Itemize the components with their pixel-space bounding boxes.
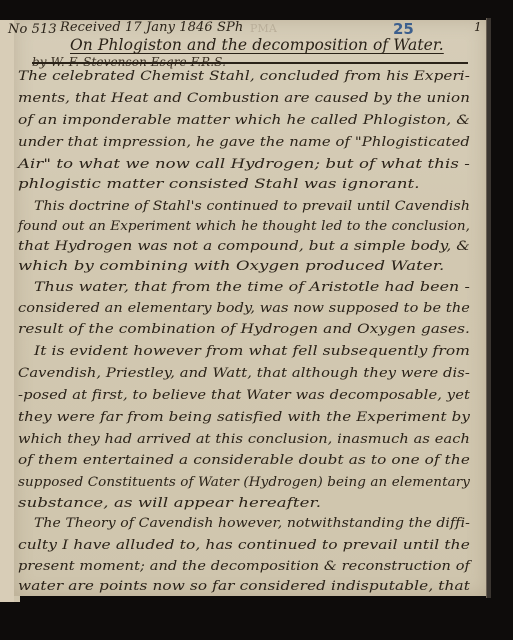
text-line: It is evident however from what fell sub… <box>34 345 470 358</box>
text-line: The Theory of Cavendish however, notwith… <box>34 517 470 530</box>
folio-number-corner: 1 <box>474 20 482 34</box>
text-line: of an imponderable matter which he calle… <box>18 114 470 127</box>
text-line: Air" to what we now call Hydrogen; but o… <box>18 158 470 171</box>
text-line: culty I have alluded to, has continued t… <box>18 539 470 552</box>
text-line: water are points now so far considered i… <box>18 580 470 593</box>
text-line: supposed Constituents of Water (Hydrogen… <box>18 476 470 489</box>
received-note: Received 17 Jany 1846 SPh <box>60 20 243 35</box>
text-line: found out an Experiment which he thought… <box>18 220 470 233</box>
text-line: which they had arrived at this conclusio… <box>18 433 470 446</box>
text-line: Thus water, that from the time of Aristo… <box>34 281 470 294</box>
faint-stamp: PMA <box>250 22 277 35</box>
text-line: that Hydrogen was not a compound, but a … <box>18 240 470 253</box>
text-line: ments, that Heat and Combustion are caus… <box>18 92 470 105</box>
text-line: The celebrated Chemist Stahl, concluded … <box>18 70 470 83</box>
text-line: they were far from being satisfied with … <box>18 411 470 424</box>
text-line: -posed at first, to believe that Water w… <box>18 389 470 402</box>
text-line: under that impression, he gave the name … <box>18 136 470 149</box>
text-line: considered an elementary body, was now s… <box>18 302 470 315</box>
text-line: phlogistic matter consisted Stahl was ig… <box>18 178 420 191</box>
page-corner <box>14 596 20 602</box>
catalog-number: No 513 <box>8 22 57 37</box>
text-line: present moment; and the decomposition & … <box>18 560 470 573</box>
text-line: This doctrine of Stahl's continued to pr… <box>34 200 470 213</box>
strike-through-line <box>32 62 468 64</box>
text-line: substance, as will appear hereafter. <box>18 497 321 510</box>
text-line: of them entertained a considerable doubt… <box>18 454 470 467</box>
page-right-border <box>486 18 491 598</box>
text-line: Cavendish, Priestley, and Watt, that alt… <box>18 367 470 380</box>
manuscript-title: On Phlogiston and the decomposition of W… <box>70 36 444 54</box>
facing-page-edge <box>0 20 15 602</box>
text-line: which by combining with Oxygen produced … <box>18 260 444 273</box>
text-line: result of the combination of Hydrogen an… <box>18 323 470 336</box>
